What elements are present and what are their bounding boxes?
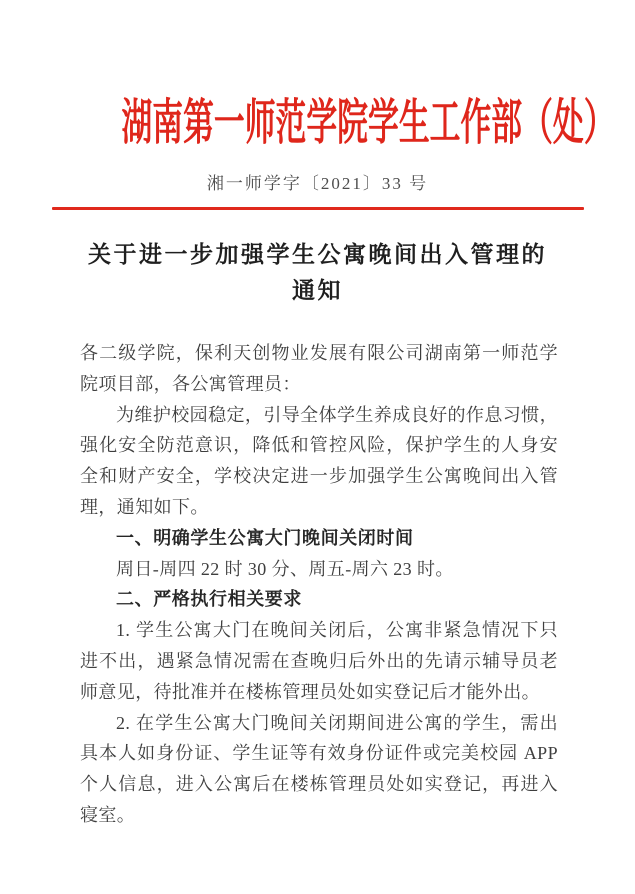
issuer-header: 湖南第一师范学院学生工作部（处） [0, 97, 635, 149]
section-heading-2: 二、严格执行相关要求 [80, 584, 558, 615]
intro-paragraph: 为维护校园稳定，引导全体学生养成良好的作息习惯，强化安全防范意识，降低和管控风险… [80, 400, 558, 523]
issuer-header-text: 湖南第一师范学院学生工作部（处） [121, 95, 614, 150]
section-heading-1: 一、明确学生公寓大门晚间关闭时间 [80, 523, 558, 554]
closing-time-paragraph: 周日-周四 22 时 30 分、周五-周六 23 时。 [80, 554, 558, 585]
rule-item-1-paragraph: 1. 学生公寓大门在晚间关闭后，公寓非紧急情况下只进不出，遇紧急情况需在查晚归后… [80, 615, 558, 707]
notice-title-line2: 通知 [0, 273, 635, 309]
notice-title: 关于进一步加强学生公寓晚间出入管理的 通知 [0, 237, 635, 309]
document-number: 湘一师学字〔2021〕33 号 [0, 169, 635, 194]
scanned-notice-page: 湖南第一师范学院学生工作部（处） 湘一师学字〔2021〕33 号 关于进一步加强… [0, 0, 635, 894]
notice-body: 各二级学院，保利天创物业发展有限公司湖南第一师范学院项目部，各公寓管理员： 为维… [80, 338, 558, 831]
notice-title-line1: 关于进一步加强学生公寓晚间出入管理的 [0, 237, 635, 273]
red-divider-line [52, 207, 584, 210]
rule-item-2-paragraph: 2. 在学生公寓大门晚间关闭期间进公寓的学生，需出具本人如身份证、学生证等有效身… [80, 708, 558, 831]
salutation-paragraph: 各二级学院，保利天创物业发展有限公司湖南第一师范学院项目部，各公寓管理员： [80, 338, 558, 400]
